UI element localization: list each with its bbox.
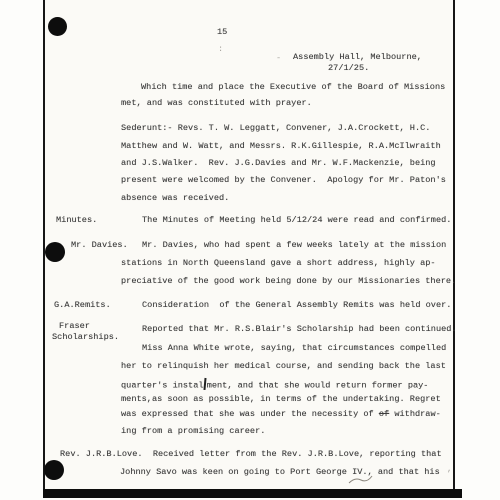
text-segment: withdraw-	[389, 409, 441, 419]
fraser-line: quarter's instalment, and that she would…	[121, 378, 428, 391]
page-number: 15	[217, 27, 227, 37]
sederunt-line: Sederunt:- Revs. T. W. Leggatt, Convener…	[121, 123, 430, 133]
ink-dot-mark: -	[276, 53, 281, 63]
scan-border-left	[43, 0, 45, 489]
sederunt-line: absence was received.	[121, 193, 229, 203]
sederunt-line: present were welcomed by the Convener. A…	[121, 175, 446, 185]
minutes-line: The Minutes of Meeting held 5/12/24 were…	[142, 215, 451, 225]
fraser-line: Reported that Mr. R.S.Blair's Scholarshi…	[142, 324, 457, 334]
pencil-squiggle-mark	[348, 474, 374, 486]
fraser-line: ing from a promising career.	[121, 426, 265, 436]
margin-label-remits: G.A.Remits.	[54, 300, 111, 310]
scanned-minutes-page: 15 : - Assembly Hall, Melbourne, 27/1/25…	[0, 0, 500, 500]
davies-line: stations in North Queensland gave a shor…	[121, 258, 436, 268]
margin-label-fraser: Scholarships.	[52, 332, 119, 342]
remits-line: Consideration of the General Assembly Re…	[142, 300, 451, 310]
text-segment: quarter's instal	[121, 381, 204, 391]
text-segment: was expressed that she was under the nec…	[121, 409, 379, 419]
ink-colon-mark: :	[218, 44, 223, 54]
sederunt-line: Matthew and W. Watt, and Messrs. R.K.Gil…	[121, 141, 441, 151]
margin-label-minutes: Minutes.	[56, 215, 97, 225]
fraser-line: Miss Anna White wrote, saying, that circ…	[142, 343, 446, 353]
intro-line: met, and was constituted with prayer.	[121, 98, 312, 108]
scan-border-right	[453, 0, 455, 497]
davies-line: Mr. Davies, who had spent a few weeks la…	[142, 240, 446, 250]
sederunt-line: and J.S.Walker. Rev. J.G.Davies and Mr. …	[121, 158, 436, 168]
punch-hole-top	[48, 17, 67, 36]
scan-border-bottom-bar	[43, 489, 462, 498]
margin-label-fraser: Fraser	[59, 321, 90, 331]
love-line: Johnny Savo was keen on going to Port Ge…	[120, 467, 440, 477]
fraser-line: was expressed that she was under the nec…	[121, 409, 441, 419]
punch-hole-bottom	[44, 460, 64, 480]
davies-line: preciative of the good work being done b…	[121, 276, 456, 286]
love-line: Rev. J.R.B.Love. Received letter from th…	[60, 449, 442, 459]
text-segment: ment, and that she would return former p…	[207, 381, 429, 391]
punch-hole-middle	[45, 242, 65, 262]
dateline-date: 27/1/25.	[328, 63, 369, 73]
intro-line: Which time and place the Executive of th…	[141, 82, 445, 92]
struck-out-word: of	[379, 409, 389, 419]
fraser-line: ments,as soon as possible, in terms of t…	[121, 394, 441, 404]
margin-label-davies: Mr. Davies.	[71, 240, 128, 250]
fraser-line: her to relinquish her medical course, an…	[121, 361, 446, 371]
dateline-place: Assembly Hall, Melbourne,	[293, 52, 422, 62]
ink-comma-mark: ,	[447, 464, 452, 474]
